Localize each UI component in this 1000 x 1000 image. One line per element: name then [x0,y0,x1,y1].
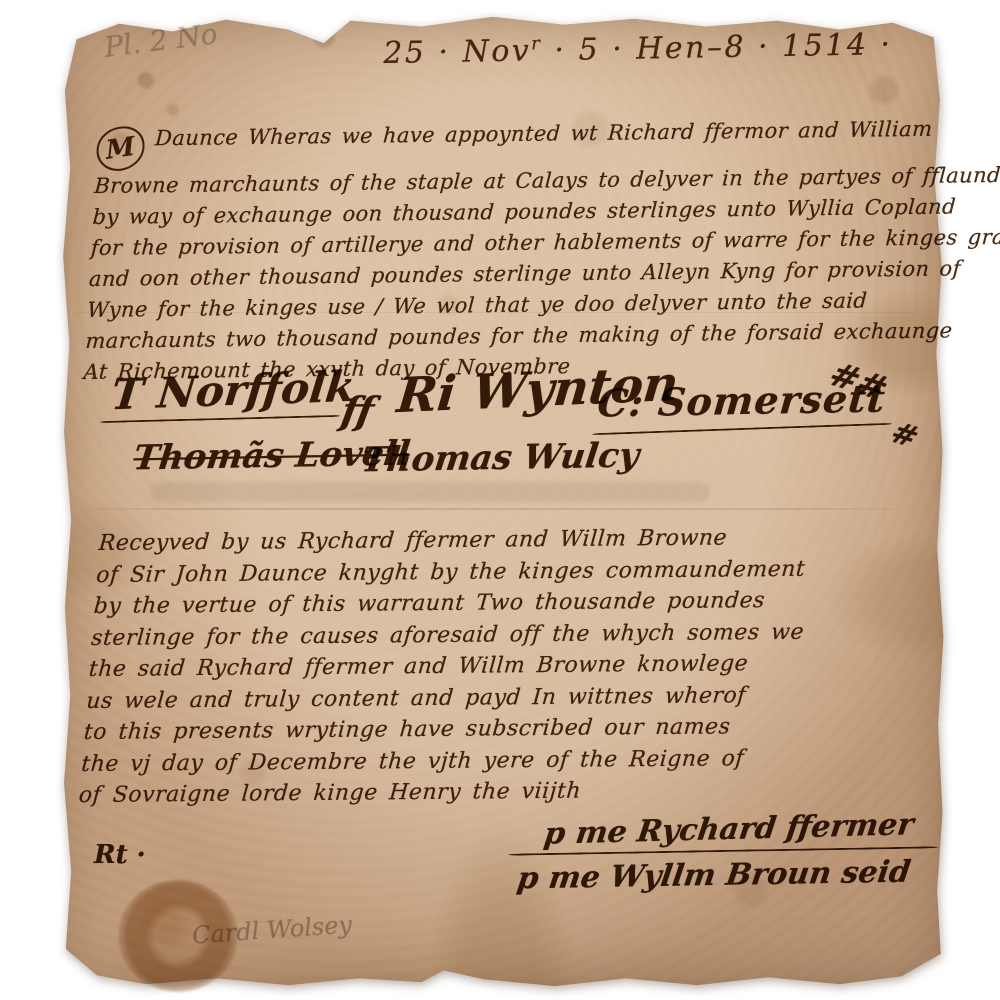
addressee-initial: M [95,123,147,174]
signature-broun: p me Wyllm Broun seid [515,855,913,897]
receipt-line: the vj day of Decembre the vjth yere of … [80,742,795,780]
date-superscript: r [531,33,542,54]
signature-fermer: p me Rychard ffermer [542,807,916,852]
extra-paraph-mark: # [884,416,925,455]
receipt-line: of Sovraigne lorde kinge Henry the viijt… [78,774,793,812]
margin-mark: Rt · [94,840,146,870]
warrant-paragraph: MDaunce Wheras we have appoynted wt Rich… [83,113,1000,388]
signature-wulcy: Thomas Wulcy [359,436,641,481]
faint-crease [75,312,915,313]
date-rest: · 5 · Hen–8 · 1514 · [542,27,893,68]
pencil-inscription-top-left: Pl. 2 No [102,17,219,64]
date-heading: 25 · Novr · 5 · Hen–8 · 1514 · [383,27,893,71]
signature-norfolk: T Norffolk [109,362,357,419]
manuscript-content: Pl. 2 No 25 · Novr · 5 · Hen–8 · 1514 · … [0,0,1000,1000]
receipt-paragraph: Receyved by us Rychard ffermer and Willm… [78,522,813,812]
date-prefix: 25 · Nov [383,33,532,71]
fold-crease [70,508,920,510]
signature-wynton-prefix: ff [338,388,377,433]
offset-ink-ghost-line [150,482,710,502]
warrant-line-text: Daunce Wheras we have appoynted wt Richa… [154,117,933,150]
manuscript-photo: Pl. 2 No 25 · Novr · 5 · Hen–8 · 1514 · … [0,0,1000,1000]
